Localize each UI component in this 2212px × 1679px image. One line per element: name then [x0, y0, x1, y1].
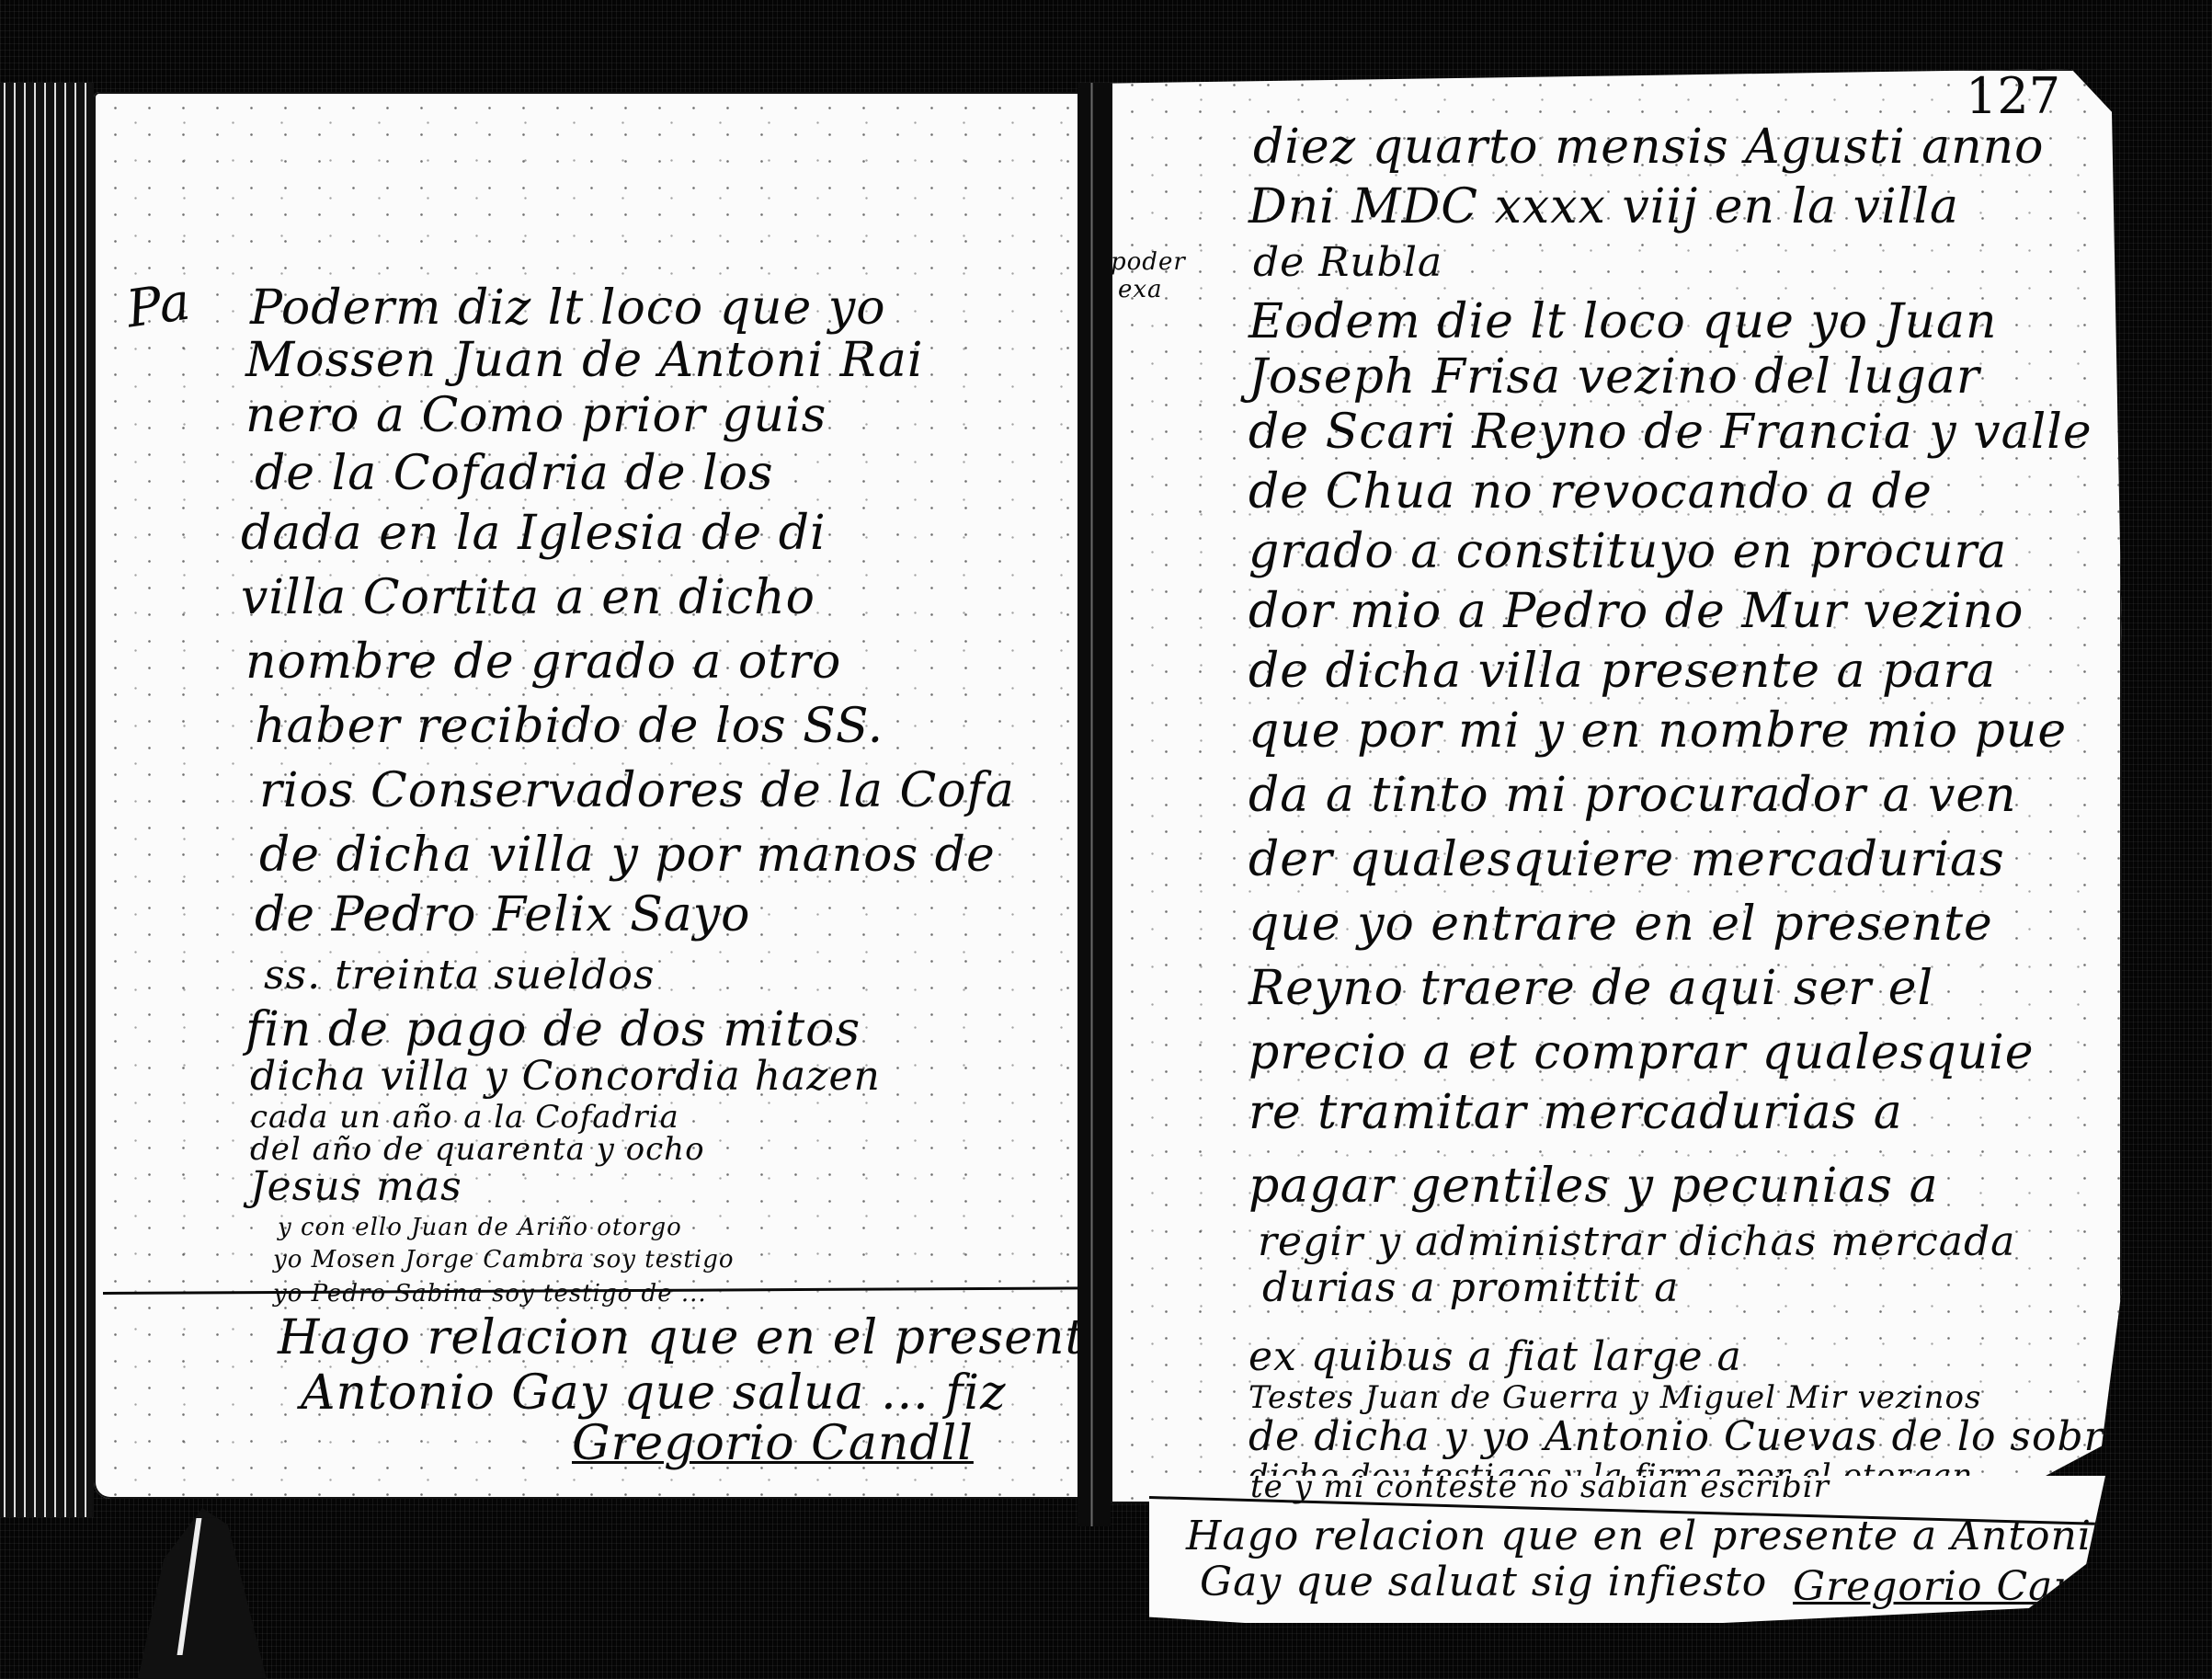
left-line-10: de dicha villa y por manos de	[259, 828, 996, 883]
right-line-8: que por mi y en nombre mio pue	[1249, 703, 2067, 759]
right-page: 127 poder exa diez quarto mensis Agusti …	[1111, 69, 2122, 1503]
right-line-4: de Chua no revocando a de	[1249, 464, 1933, 520]
right-line-9: da a tinto mi procurador a ven	[1249, 768, 2017, 823]
left-attestation-line-1: Hago relacion que en el presente	[278, 1310, 1085, 1365]
right-page-bottom: te y mi conteste no sabian escribir Hago…	[1149, 1476, 2105, 1623]
left-line-13: fin de pago de dos mitos	[245, 1002, 861, 1057]
right-attestation-2: Gay que saluat sig infiesto	[1200, 1559, 1767, 1605]
left-signature: Gregorio Candll	[572, 1416, 974, 1471]
left-line-5: dada en la Iglesia de di	[241, 506, 827, 561]
right-opening-2: Dni MDC xxxx viij en la villa	[1249, 179, 1959, 234]
left-line-11: de Pedro Felix Sayo	[255, 887, 750, 942]
left-line-18: y con ello Juan de Ariño otorgo	[278, 1214, 682, 1241]
right-opening-1: diez quarto mensis Agusti anno	[1253, 120, 2044, 175]
left-page: Pa Poderm diz lt loco que yo Mossen Juan…	[94, 92, 1085, 1499]
left-line-8: haber recibido de los SS.	[255, 699, 884, 754]
left-line-20: yo Pedro Sabina soy testigo de ...	[273, 1280, 707, 1308]
left-line-2: Mossen Juan de Antoni Rai	[245, 333, 924, 388]
right-line-15: pagar gentiles y pecunias a	[1249, 1159, 1939, 1214]
right-closing-1: ex quibus a fiat large a	[1249, 1333, 1742, 1380]
page-number: 127	[1966, 69, 2060, 125]
right-line-11: que yo entrare en el presente	[1249, 897, 1993, 952]
gutter-note-line-2: exa	[1118, 276, 1163, 303]
left-line-17: Jesus mas	[250, 1163, 462, 1210]
right-line-14: re tramitar mercadurias a	[1249, 1085, 1903, 1140]
right-signature: Gregorio Candll	[1793, 1563, 2135, 1610]
right-line-6: dor mio a Pedro de Mur vezino	[1249, 584, 2024, 639]
right-line-16: regir y administrar dichas mercada	[1258, 1218, 2015, 1265]
page-corner-curl	[138, 1508, 267, 1679]
left-line-12: ss. treinta sueldos	[264, 952, 655, 999]
left-line-14: dicha villa y Concordia hazen	[250, 1053, 881, 1100]
right-line-2: Joseph Frisa vezino del lugar	[1249, 349, 1980, 405]
right-closing-2: Testes Juan de Guerra y Miguel Mir vezin…	[1249, 1379, 1981, 1416]
right-line-1: Eodem die lt loco que yo Juan	[1249, 294, 1997, 349]
left-line-9: rios Conservadores de la Cofa	[259, 763, 1015, 818]
left-line-6: villa Cortita a en dicho	[241, 570, 815, 625]
left-line-7: nombre de grado a otro	[245, 634, 841, 690]
book-fore-edge-left	[0, 83, 94, 1517]
left-line-16: del año de quarenta y ocho	[250, 1131, 705, 1168]
right-line-5: grado a constituyo en procura	[1249, 524, 2007, 579]
right-line-7: de dicha villa presente a para	[1249, 644, 1996, 699]
left-line-4: de la Cofadria de los	[255, 446, 774, 501]
margin-note-left: Pa	[123, 272, 194, 340]
right-line-12: Reyno traere de aqui ser el	[1249, 961, 1933, 1016]
left-line-1: Poderm diz lt loco que yo	[250, 280, 886, 336]
gutter-note-line-1: poder	[1111, 248, 1186, 276]
right-opening-3: de Rubla	[1253, 239, 1442, 286]
book-spine	[1077, 83, 1111, 1526]
left-line-3: nero a Como prior guis	[245, 388, 827, 443]
left-attestation-line-2: Antonio Gay que salua ... fiz	[301, 1365, 1006, 1421]
left-line-19: yo Mosen Jorge Cambra soy testigo	[273, 1246, 735, 1274]
left-line-15: cada un año a la Cofadria	[250, 1099, 679, 1136]
right-line-17: durias a promittit a	[1262, 1264, 1679, 1311]
right-line-10: der qualesquiere mercadurias	[1249, 832, 2005, 887]
right-line-3: de Scari Reyno de Francia y valle	[1249, 405, 2092, 460]
right-closing-3: de dicha y yo Antonio Cuevas de lo sobre	[1249, 1413, 2122, 1460]
right-line-13: precio a et comprar qualesquie	[1249, 1025, 2035, 1080]
right-attestation-1: Hago relacion que en el presente a Anton…	[1186, 1513, 2116, 1559]
